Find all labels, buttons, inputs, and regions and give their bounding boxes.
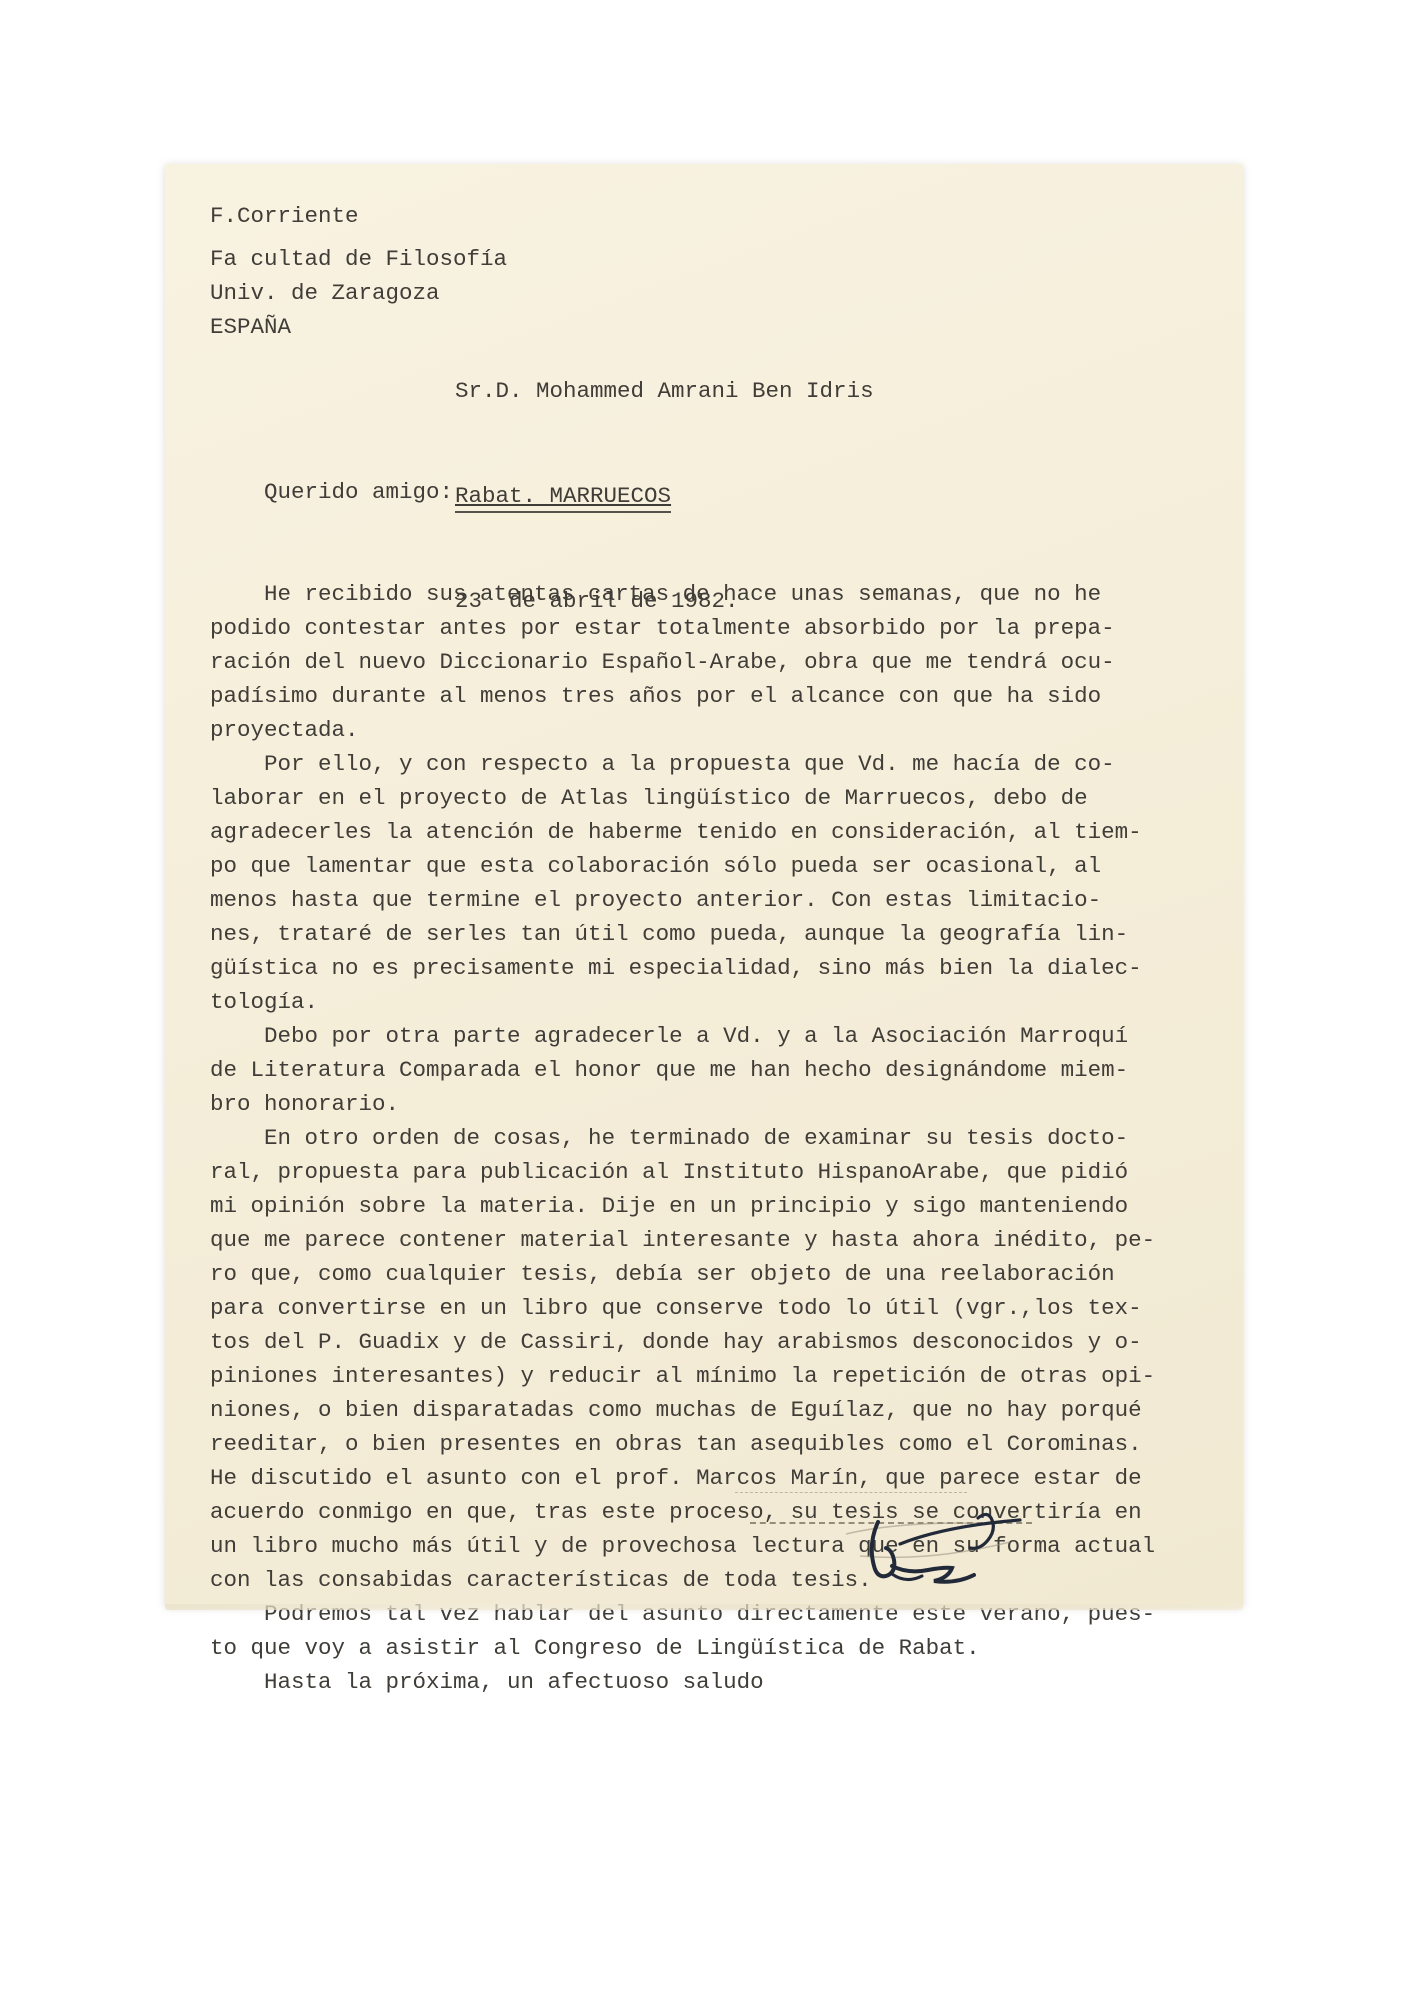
body-line: que me parece contener material interesa… (210, 1223, 1155, 1257)
body-line: tología. (210, 985, 1155, 1019)
recipient-name: Sr.D. Mohammed Amrani Ben Idris (455, 374, 874, 409)
sender-address-line: F.Corriente (210, 204, 507, 238)
body-line: laborar en el proyecto de Atlas lingüíst… (210, 781, 1155, 815)
body-line: podido contestar antes por estar totalme… (210, 611, 1155, 645)
body-line: ro que, como cualquier tesis, debía ser … (210, 1257, 1155, 1291)
body-line: nes, trataré de serles tan útil como pue… (210, 917, 1155, 951)
body-line: güística no es precisamente mi especiali… (210, 951, 1155, 985)
body-line: de Literatura Comparada el honor que me … (210, 1053, 1155, 1087)
body-line: po que lamentar que esta colaboración só… (210, 849, 1155, 883)
body-line: reeditar, o bien presentes en obras tan … (210, 1427, 1155, 1461)
body-line: tos del P. Guadix y de Cassiri, donde ha… (210, 1325, 1155, 1359)
body-line: Por ello, y con respecto a la propuesta … (210, 747, 1155, 781)
body-line: menos hasta que termine el proyecto ante… (210, 883, 1155, 917)
body-line: agradecerles la atención de haberme teni… (210, 815, 1155, 849)
body-line: to que voy a asistir al Congreso de Ling… (210, 1631, 1155, 1665)
body-line: bro honorario. (210, 1087, 1155, 1121)
pencil-underline-directamente (735, 1492, 967, 1493)
body-line: He recibido sus atentas cartas de hace u… (210, 577, 1155, 611)
body-line: En otro orden de cosas, he terminado de … (210, 1121, 1155, 1155)
body-line: ración del nuevo Diccionario Español-Ara… (210, 645, 1155, 679)
body-line: Debo por otra parte agradecerle a Vd. y … (210, 1019, 1155, 1053)
body-line: padísimo durante al menos tres años por … (210, 679, 1155, 713)
body-line: niones, o bien disparatadas como muchas … (210, 1393, 1155, 1427)
salutation: Querido amigo: (210, 475, 1155, 509)
body-line: piniones interesantes) y reducir al míni… (210, 1359, 1155, 1393)
signature-icon (840, 1504, 1040, 1599)
sender-address-line: Fa cultad de Filosofía (210, 247, 507, 281)
body-line: proyectada. (210, 713, 1155, 747)
body-line: mi opinión sobre la materia. Dije en un … (210, 1189, 1155, 1223)
letter-paper: F.CorrienteFa cultad de FilosofíaUniv. d… (165, 164, 1243, 1607)
body-line: He discutido el asunto con el prof. Marc… (210, 1461, 1155, 1495)
body-line: ral, propuesta para publicación al Insti… (210, 1155, 1155, 1189)
body-line: para convertirse en un libro que conserv… (210, 1291, 1155, 1325)
scanned-letter-page: F.CorrienteFa cultad de FilosofíaUniv. d… (0, 0, 1413, 2000)
body-line: Hasta la próxima, un afectuoso saludo (210, 1665, 1155, 1699)
body-line: Podremos tal vez hablar del asunto direc… (210, 1597, 1155, 1631)
